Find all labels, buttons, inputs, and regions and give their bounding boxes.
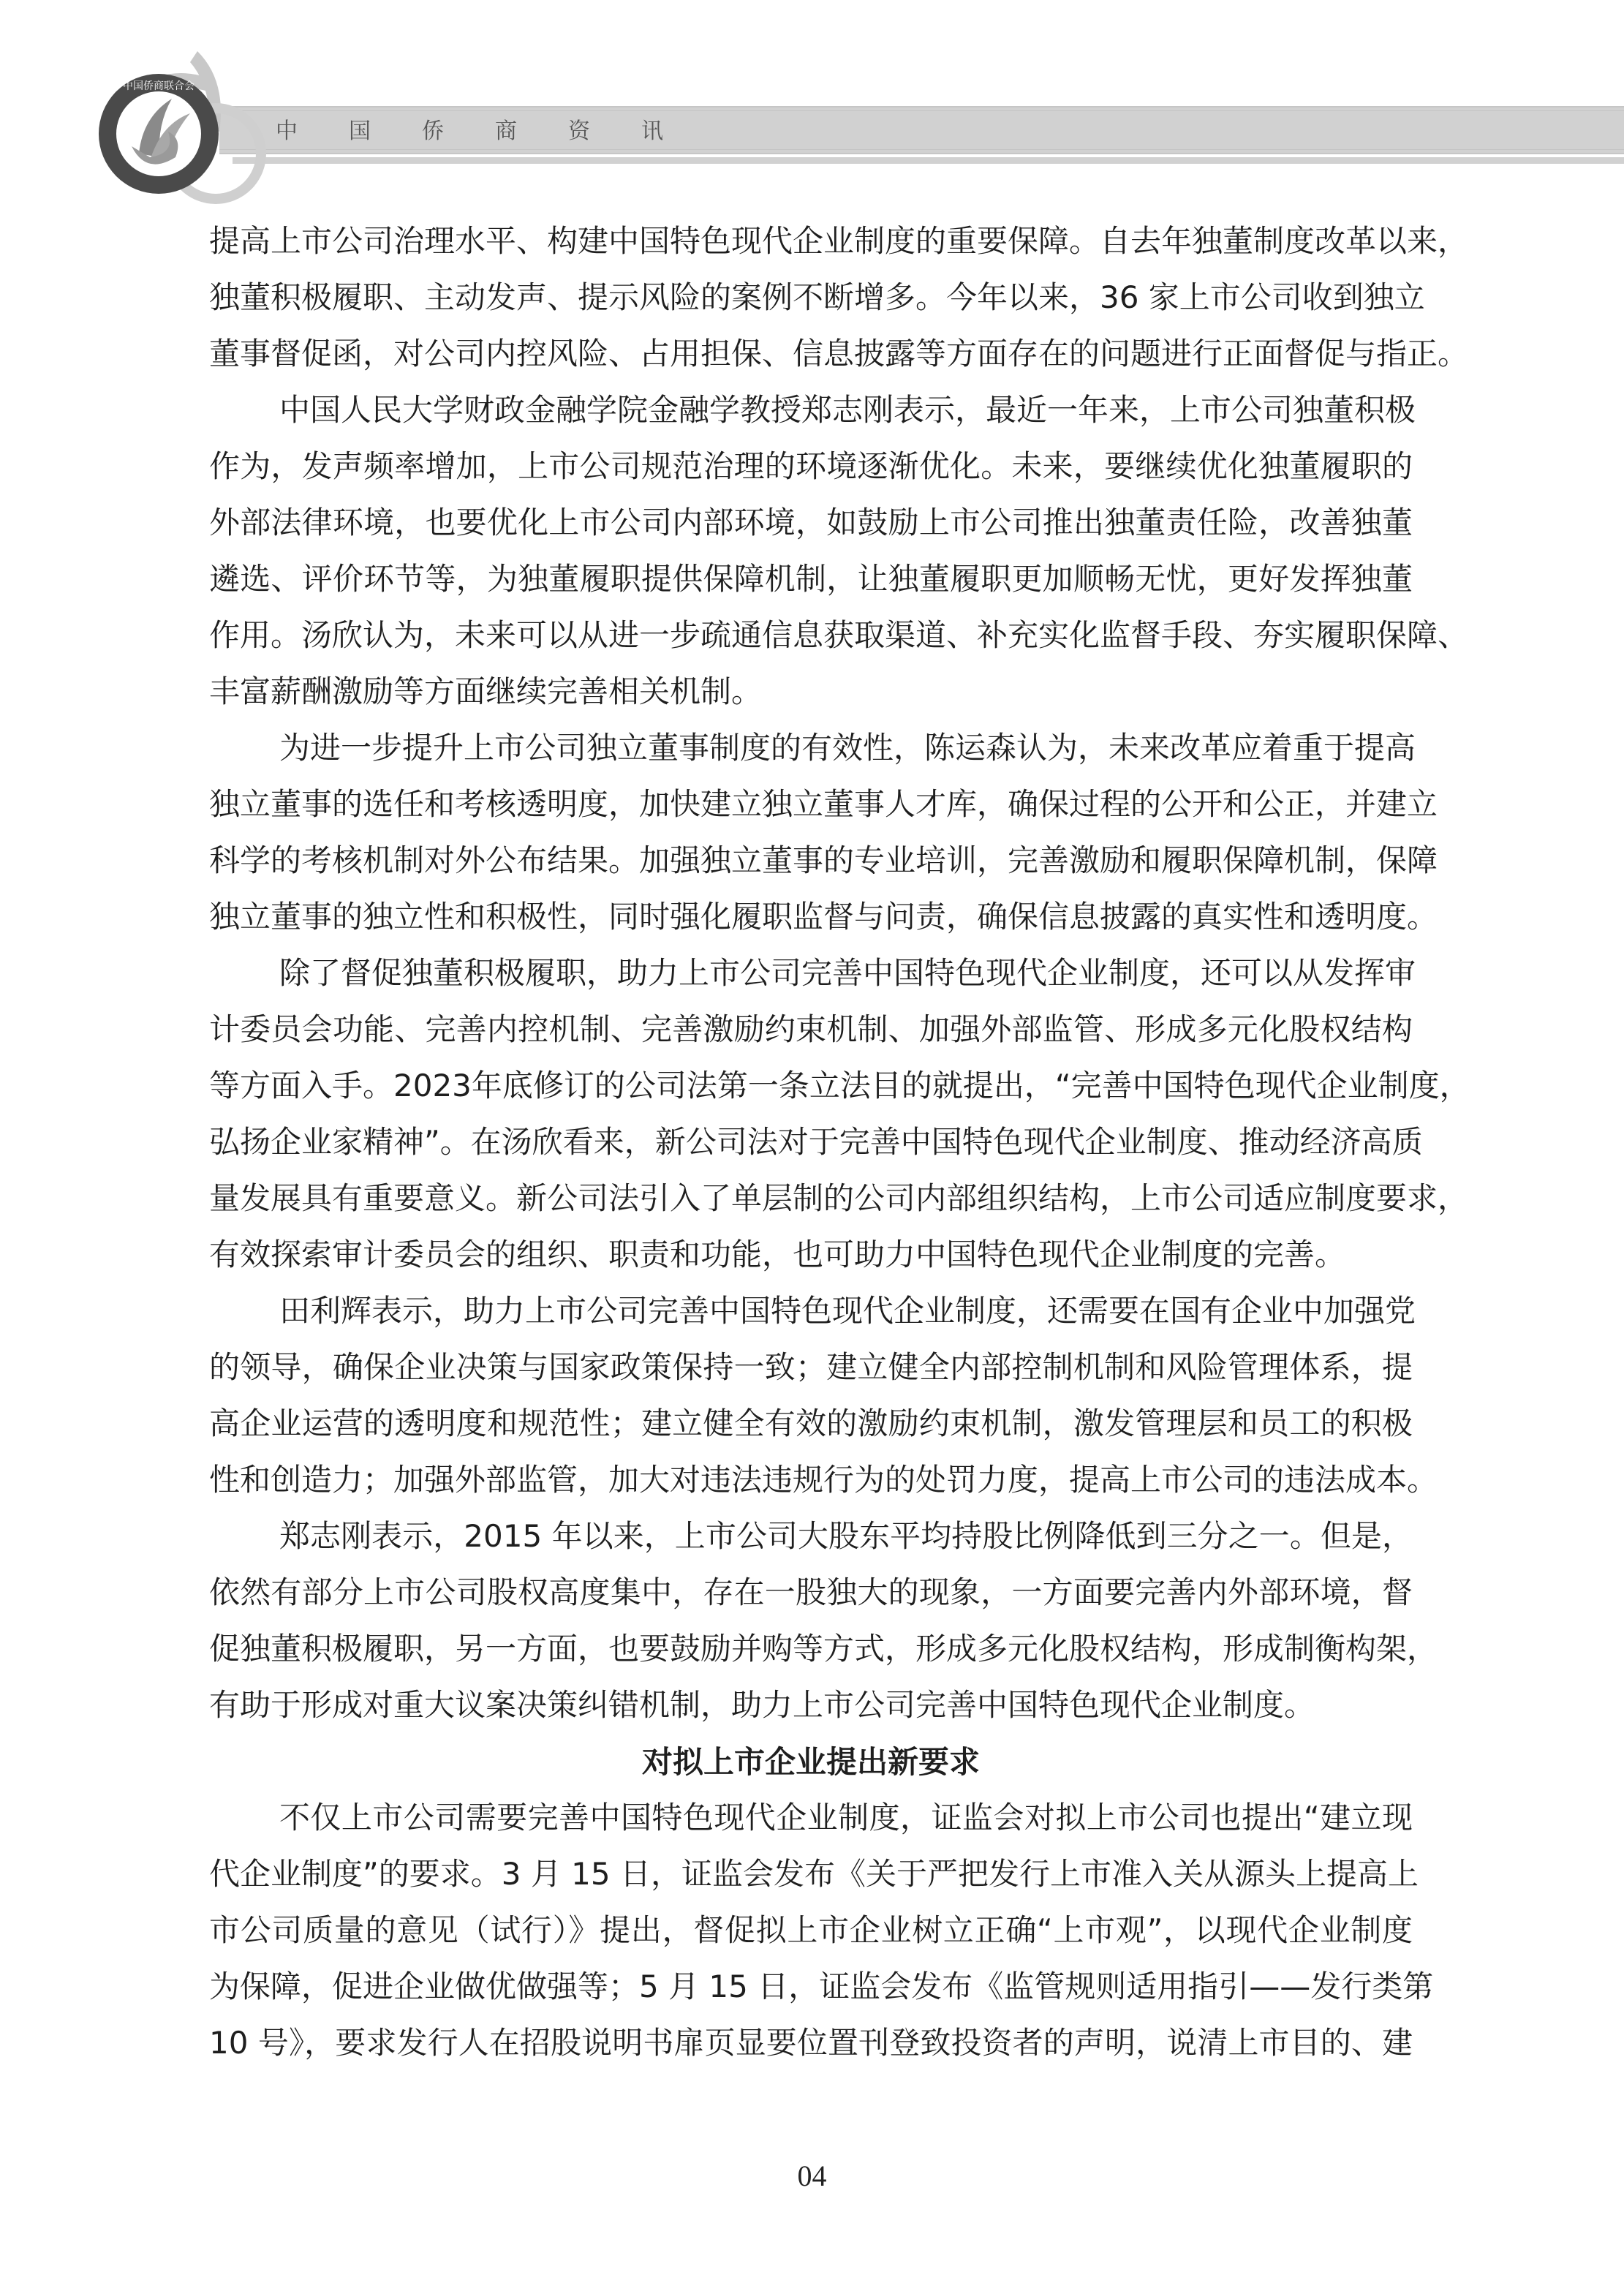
text-line: 除了督促独董积极履职，助力上市公司完善中国特色现代企业制度，还可以从发挥审: [279, 955, 1413, 1011]
title-char: 侨: [422, 117, 495, 146]
text-line: 外部法律环境，也要优化上市公司内部环境，如鼓励上市公司推出独董责任险，改善独董: [209, 505, 1413, 561]
title-char: 中: [276, 117, 349, 146]
text-line: 性和创造力；加强外部监管，加大对违法违规行为的处罚力度，提高上市公司的违法成本。: [209, 1462, 1413, 1518]
section-heading: 对拟上市企业提出新要求: [209, 1744, 1413, 1781]
text-line: 独立董事的独立性和积极性，同时强化履职监督与问责，确保信息披露的真实性和透明度。: [209, 899, 1413, 955]
text-line: 为进一步提升上市公司独立董事制度的有效性，陈运森认为，未来改革应着重于提高: [279, 730, 1413, 786]
text-line: 计委员会功能、完善内控机制、完善激励约束机制、加强外部监管、形成多元化股权结构: [209, 1011, 1413, 1068]
title-char: 资: [568, 117, 641, 146]
text-line: 独立董事的选任和考核透明度，加快建立独立董事人才库，确保过程的公开和公正，并建立: [209, 786, 1413, 842]
title-char: 国: [349, 117, 422, 146]
title-char: 讯: [641, 117, 714, 146]
text-line: 等方面入手。2023年底修订的公司法第一条立法目的就提出，“完善中国特色现代企业…: [209, 1068, 1413, 1124]
text-line: 董事督促函，对公司内控风险、占用担保、信息披露等方面存在的问题进行正面督促与指正…: [209, 336, 1413, 392]
text-line: 丰富薪酬激励等方面继续完善相关机制。: [209, 673, 1413, 730]
text-line: 的领导，确保企业决策与国家政策保持一致；建立健全内部控制机制和风险管理体系，提: [209, 1349, 1413, 1405]
band-rule: [219, 149, 1624, 150]
logo-text: 中国侨商联合会: [123, 80, 194, 92]
text-line: 中国人民大学财政金融学院金融学教授郑志刚表示，最近一年来，上市公司独董积极: [279, 392, 1413, 448]
header-stripe: [233, 157, 1624, 164]
text-line: 量发展具有重要意义。新公司法引入了单层制的公司内部组织结构，上市公司适应制度要求…: [209, 1180, 1413, 1237]
text-line: 田利辉表示，助力上市公司完善中国特色现代企业制度，还需要在国有企业中加强党: [279, 1293, 1413, 1349]
text-line: 科学的考核机制对外公布结果。加强独立董事的专业培训，完善激励和履职保障机制，保障: [209, 842, 1413, 899]
logo-icon: 中国侨商联合会: [80, 37, 271, 212]
text-line: 为保障，促进企业做优做强等；5 月 15 日，证监会发布《监管规则适用指引——发…: [209, 1969, 1413, 2025]
publication-title: 中 国 侨 商 资 讯: [276, 117, 714, 146]
text-line: 不仅上市公司需要完善中国特色现代企业制度，证监会对拟上市公司也提出“建立现: [279, 1800, 1413, 1856]
title-char: 商: [495, 117, 568, 146]
text-line: 高企业运营的透明度和规范性；建立健全有效的激励约束机制，激发管理层和员工的积极: [209, 1405, 1413, 1462]
text-line: 作用。汤欣认为，未来可以从进一步疏通信息获取渠道、补充实化监督手段、夯实履职保障…: [209, 617, 1413, 673]
text-line: 促独董积极履职，另一方面，也要鼓励并购等方式，形成多元化股权结构，形成制衡构架，: [209, 1631, 1413, 1687]
text-line: 提高上市公司治理水平、构建中国特色现代企业制度的重要保障。自去年独董制度改革以来…: [209, 223, 1413, 279]
page-number: 04: [0, 2159, 1624, 2193]
text-line: 弘扬企业家精神”。在汤欣看来，新公司法对于完善中国特色现代企业制度、推动经济高质: [209, 1124, 1413, 1180]
text-line: 遴选、评价环节等，为独董履职提供保障机制，让独董履职更加顺畅无忧，更好发挥独董: [209, 561, 1413, 617]
text-line: 郑志刚表示，2015 年以来，上市公司大股东平均持股比例降低到三分之一。但是，: [279, 1518, 1413, 1574]
text-line: 依然有部分上市公司股权高度集中，存在一股独大的现象，一方面要完善内外部环境，督: [209, 1574, 1413, 1631]
text-line: 作为，发声频率增加，上市公司规范治理的环境逐渐优化。未来，要继续优化独董履职的: [209, 448, 1413, 505]
text-line: 代企业制度”的要求。3 月 15 日，证监会发布《关于严把发行上市准入关从源头上…: [209, 1856, 1413, 1912]
text-line: 有助于形成对重大议案决策纠错机制，助力上市公司完善中国特色现代企业制度。: [209, 1687, 1413, 1743]
text-line: 独董积极履职、主动发声、提示风险的案例不断增多。今年以来，36 家上市公司收到独…: [209, 279, 1413, 336]
text-line: 市公司质量的意见（试行）》提出，督促拟上市企业树立正确“上市观”，以现代企业制度: [209, 1912, 1413, 1969]
text-line: 10 号》，要求发行人在招股说明书扉页显要位置刊登致投资者的声明，说清上市目的、…: [209, 2025, 1413, 2081]
band-rule: [219, 110, 1624, 111]
text-line: 有效探索审计委员会的组织、职责和功能，也可助力中国特色现代企业制度的完善。: [209, 1237, 1413, 1293]
